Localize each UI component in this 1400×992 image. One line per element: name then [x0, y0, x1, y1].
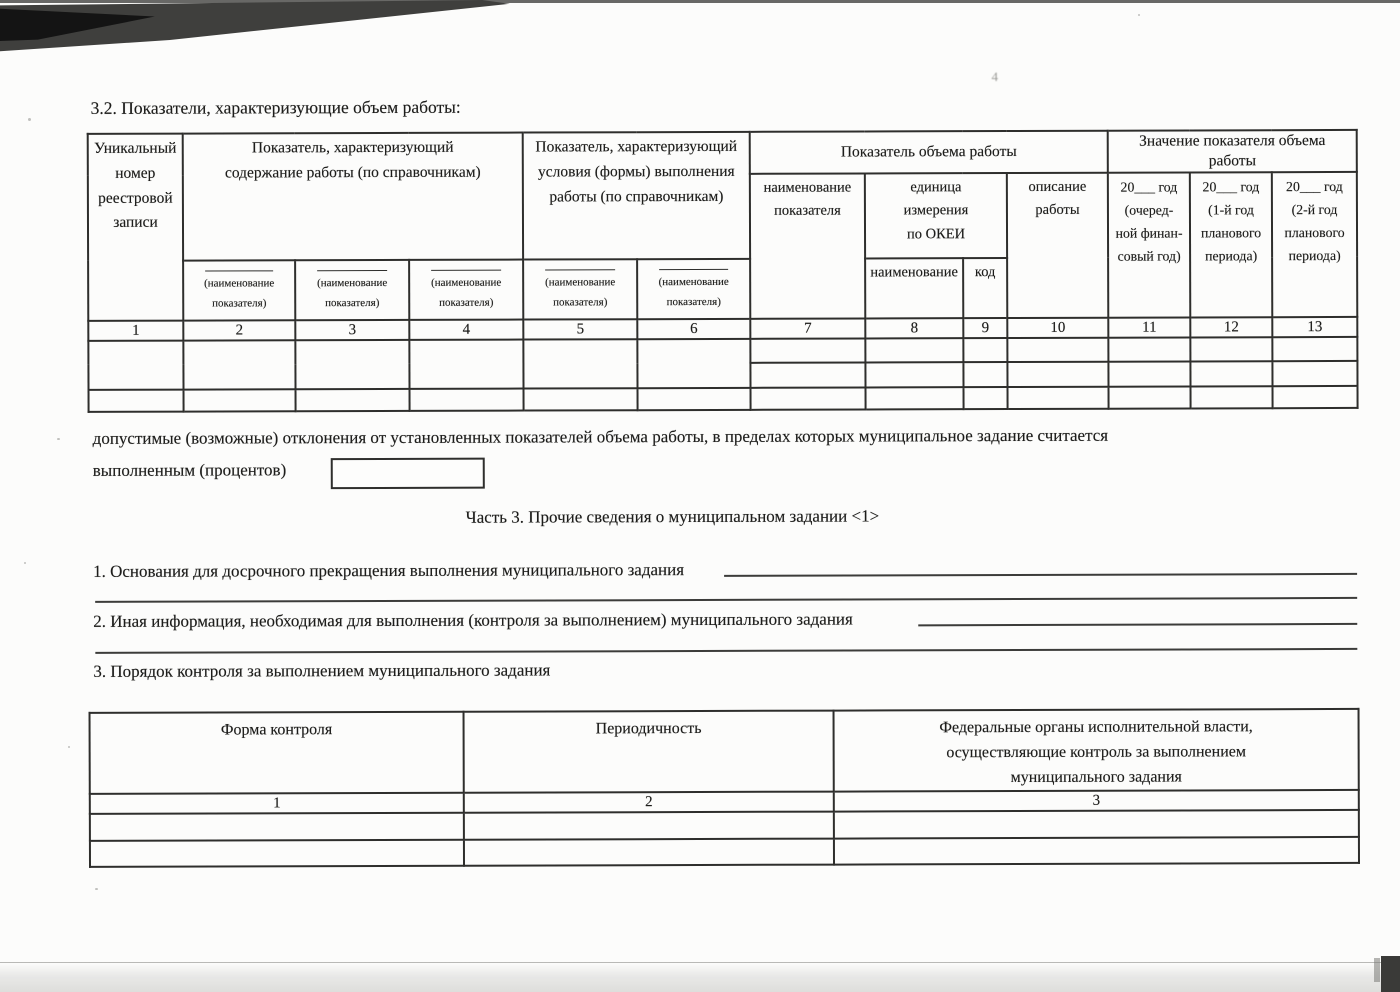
empty-cell — [1007, 362, 1108, 387]
column-number: 13 — [1272, 317, 1357, 337]
item-1-text: 1. Основания для досрочного прекращения … — [93, 560, 684, 582]
empty-cell — [524, 388, 638, 410]
item-3-text: 3. Порядок контроля за выполнением муниц… — [93, 660, 550, 681]
empty-cell — [865, 362, 963, 387]
header-year-first-plan: 20___ год (1-й год планового периода) — [1190, 172, 1272, 317]
column-number: 3 — [295, 320, 409, 340]
empty-cell — [464, 839, 834, 866]
column-number: 10 — [1007, 318, 1108, 338]
empty-cell — [1108, 338, 1190, 362]
section-title: 3.2. Показатели, характеризующие объем р… — [91, 97, 461, 119]
header-group-value: Значение показателя объема работы — [1108, 130, 1357, 173]
empty-cell — [1190, 337, 1272, 361]
header-control-form: Форма контроля — [90, 712, 464, 795]
header-group-conditions: Показатель, характеризующий условия (фор… — [523, 132, 750, 260]
header-group-content: Показатель, характеризующий содержание р… — [183, 133, 523, 261]
header-group-volume: Показатель объема работы — [750, 131, 1108, 174]
column-number: 3 — [834, 790, 1359, 812]
caption-indicator-name: (наименованиепоказателя) — [409, 260, 523, 320]
empty-cell — [89, 390, 184, 412]
empty-cell — [296, 389, 410, 411]
caption-indicator-name: (наименованиепоказателя) — [295, 260, 409, 320]
header-unit-name: наименование — [865, 258, 963, 318]
empty-cell — [964, 387, 1008, 409]
column-number: 2 — [183, 321, 295, 341]
blank-line — [205, 271, 273, 272]
header-unit-code: код — [963, 258, 1007, 318]
item-2-rule — [95, 648, 1357, 654]
blank-line — [659, 269, 727, 270]
header-year-second-plan: 20___ год (2-й год планового периода) — [1272, 172, 1357, 317]
header-description: описание работы — [1007, 173, 1108, 318]
volume-indicators-table: Уникальный номер реестровой записи Показ… — [87, 129, 1359, 413]
header-unique-number: Уникальный номер реестровой записи — [88, 134, 184, 322]
header-periodicity: Периодичность — [464, 711, 834, 794]
empty-cell — [638, 388, 751, 410]
item-2-blank-line — [918, 608, 1357, 626]
column-number: 1 — [88, 321, 183, 341]
empty-cell — [295, 340, 409, 389]
empty-cell — [637, 339, 750, 388]
faint-page-mark: 4 — [992, 69, 999, 85]
empty-cell — [865, 338, 963, 362]
blank-line — [318, 270, 387, 271]
header-federal-bodies: Федеральные органы исполнительной власти… — [834, 709, 1359, 792]
caption-indicator-name: (наименованиепоказателя) — [183, 261, 295, 321]
column-number: 6 — [637, 319, 750, 339]
empty-cell — [183, 341, 295, 390]
column-number: 8 — [865, 318, 963, 338]
empty-cell — [1007, 338, 1108, 362]
part3-heading: Часть 3. Прочие сведения о муниципальном… — [0, 505, 1345, 529]
empty-cell — [751, 388, 866, 410]
item-1-rule — [95, 597, 1357, 603]
empty-cell — [866, 387, 964, 409]
blank-line — [546, 270, 615, 271]
item-2: 2. Иная информация, необходимая для выпо… — [93, 608, 1357, 632]
column-number: 11 — [1108, 318, 1190, 338]
empty-cell — [750, 339, 865, 363]
empty-cell — [1190, 361, 1272, 386]
empty-cell — [963, 338, 1007, 362]
empty-cell — [410, 389, 524, 411]
empty-cell — [750, 363, 865, 388]
caption-indicator-name: (наименованиепоказателя) — [637, 259, 750, 319]
blank-line — [432, 270, 501, 271]
empty-cell — [523, 339, 637, 388]
column-number: 9 — [963, 318, 1007, 338]
empty-cell — [88, 341, 183, 390]
caption-indicator-name: (наименованиепоказателя) — [523, 259, 637, 319]
scanned-page: 4 3.2. Показатели, характеризующие объем… — [0, 0, 1400, 992]
empty-cell — [963, 362, 1007, 387]
header-unit-okei: единица измерения по ОКЕИ — [865, 173, 1007, 258]
column-number: 7 — [750, 319, 865, 339]
item-1-blank-line — [724, 558, 1357, 577]
item-3: 3. Порядок контроля за выполнением муниц… — [93, 658, 1357, 682]
item-1: 1. Основания для досрочного прекращения … — [93, 558, 1357, 582]
tolerance-text-line1: допустимые (возможные) отклонения от уст… — [93, 426, 1108, 449]
empty-cell — [1008, 387, 1109, 409]
empty-cell — [834, 837, 1359, 865]
column-number: 1 — [90, 793, 464, 814]
empty-cell — [1272, 337, 1357, 361]
header-year-current: 20___ год (очеред- ной финан- совый год) — [1108, 173, 1190, 318]
empty-cell — [1108, 362, 1190, 387]
empty-cell — [1273, 386, 1358, 408]
empty-cell — [1272, 361, 1357, 386]
empty-cell — [184, 390, 296, 412]
tolerance-text-line2: выполненным (процентов) — [93, 460, 287, 481]
empty-cell — [90, 813, 464, 841]
column-number: 4 — [409, 320, 523, 340]
empty-cell — [1191, 386, 1273, 408]
column-number: 5 — [523, 319, 637, 339]
empty-cell — [464, 812, 834, 840]
column-number: 12 — [1190, 317, 1272, 337]
control-table: Форма контроля Периодичность Федеральные… — [89, 708, 1360, 868]
empty-cell — [834, 810, 1359, 839]
empty-cell — [90, 840, 464, 867]
empty-cell — [409, 340, 523, 389]
column-number: 2 — [464, 792, 834, 813]
empty-cell — [1109, 387, 1191, 409]
item-2-text: 2. Иная информация, необходимая для выпо… — [93, 610, 853, 632]
header-indicator-name: наименование показателя — [750, 174, 865, 319]
tolerance-percent-box — [331, 458, 485, 489]
